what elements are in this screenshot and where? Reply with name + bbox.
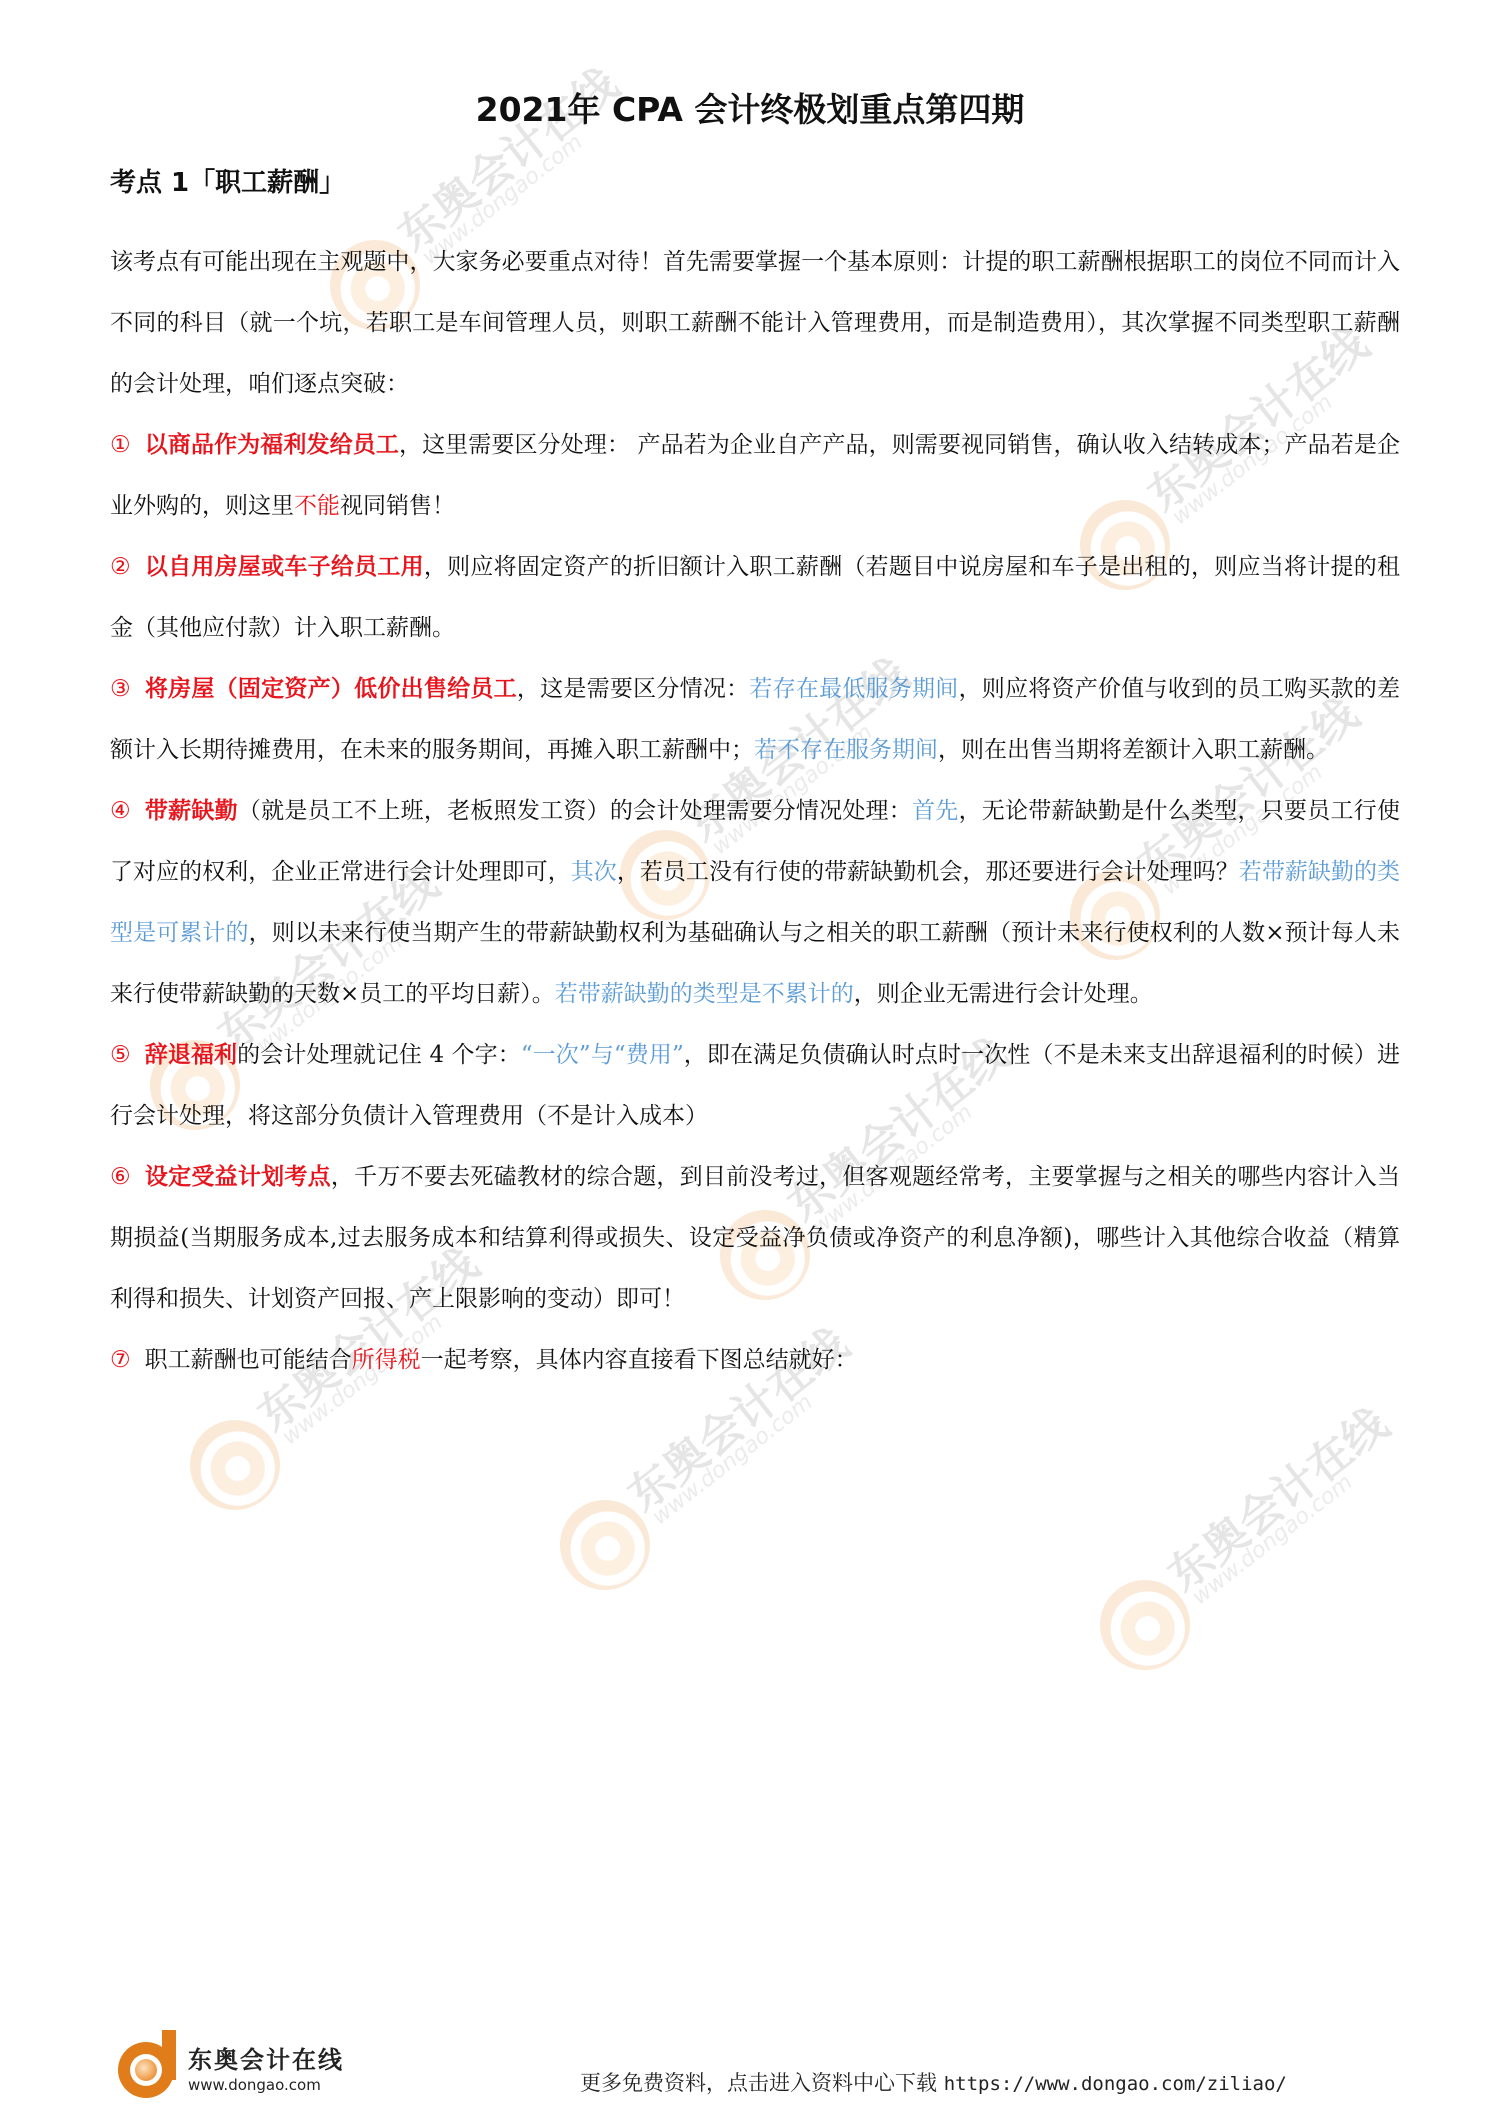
circled-number-1: ① bbox=[110, 432, 131, 458]
watermark: 东奥会计在线 www.dongao.com bbox=[1082, 1562, 1208, 1688]
watermark-logo-icon bbox=[1082, 1562, 1208, 1688]
circled-number-5: ⑤ bbox=[110, 1042, 131, 1068]
logo-url: www.dongao.com bbox=[188, 2076, 321, 2094]
dongao-logo-icon bbox=[118, 2030, 176, 2098]
point-1: ①以商品作为福利发给员工，这里需要区分处理： 产品若为企业自产产品，则需要视同销… bbox=[110, 415, 1400, 537]
point-heading: 设定受益计划考点 bbox=[145, 1164, 331, 1190]
section-title: 考点 1「职工薪酬」 bbox=[110, 162, 345, 199]
point-7: ⑦职工薪酬也可能结合所得税一起考察，具体内容直接看下图总结就好： bbox=[110, 1330, 1400, 1391]
point-heading: 将房屋（固定资产）低价出售给员工 bbox=[145, 676, 517, 702]
emphasis-text: 不能 bbox=[294, 493, 340, 519]
watermark-logo-icon bbox=[172, 1402, 298, 1528]
point-6: ⑥设定受益计划考点，千万不要去死磕教材的综合题，到目前没考过，但客观题经常考，主… bbox=[110, 1147, 1400, 1330]
circled-number-6: ⑥ bbox=[110, 1164, 131, 1190]
logo-name: 东奥会计在线 bbox=[188, 2040, 344, 2075]
document-page: 东奥会计在线 www.dongao.com 东奥会计在线 www.dongao.… bbox=[0, 0, 1500, 2121]
watermark: 东奥会计在线 www.dongao.com bbox=[172, 1402, 298, 1528]
circled-number-7: ⑦ bbox=[110, 1347, 131, 1373]
circled-number-3: ③ bbox=[110, 676, 131, 702]
highlight-text: 其次 bbox=[571, 859, 617, 885]
point-heading: 以自用房屋或车子给员工用 bbox=[145, 554, 424, 580]
watermark: 东奥会计在线 www.dongao.com bbox=[542, 1482, 668, 1608]
highlight-text: 若不存在服务期间 bbox=[754, 737, 938, 763]
point-3: ③将房屋（固定资产）低价出售给员工，这是需要区分情况：若存在最低服务期间，则应将… bbox=[110, 659, 1400, 781]
document-title: 2021年 CPA 会计终极划重点第四期 bbox=[0, 84, 1500, 131]
point-2: ②以自用房屋或车子给员工用，则应将固定资产的折旧额计入职工薪酬（若题目中说房屋和… bbox=[110, 537, 1400, 659]
intro-paragraph: 该考点有可能出现在主观题中，大家务必要重点对待！首先需要掌握一个基本原则：计提的… bbox=[110, 232, 1400, 415]
emphasis-text: 所得税 bbox=[352, 1347, 421, 1373]
circled-number-2: ② bbox=[110, 554, 131, 580]
point-4: ④带薪缺勤（就是员工不上班，老板照发工资）的会计处理需要分情况处理：首先，无论带… bbox=[110, 781, 1400, 1025]
highlight-text: “一次”与“费用” bbox=[521, 1042, 684, 1068]
promo-text: 更多免费资料，点击进入资料中心下载 bbox=[580, 2071, 944, 2095]
highlight-text: 若存在最低服务期间 bbox=[749, 676, 958, 702]
point-heading: 辞退福利 bbox=[145, 1042, 237, 1068]
circled-number-4: ④ bbox=[110, 798, 131, 824]
footer-promo: 更多免费资料，点击进入资料中心下载 https://www.dongao.com… bbox=[580, 2067, 1287, 2097]
highlight-text: 首先 bbox=[912, 798, 959, 824]
document-body: 该考点有可能出现在主观题中，大家务必要重点对待！首先需要掌握一个基本原则：计提的… bbox=[110, 232, 1400, 1391]
point-heading: 以商品作为福利发给员工 bbox=[145, 432, 399, 458]
highlight-text: 若带薪缺勤的类型是不累计的 bbox=[555, 981, 854, 1007]
watermark-logo-icon bbox=[542, 1482, 668, 1608]
point-heading: 带薪缺勤 bbox=[145, 798, 238, 824]
resource-center-link[interactable]: https://www.dongao.com/ziliao/ bbox=[944, 2073, 1287, 2095]
brand-logo[interactable]: 东奥会计在线 www.dongao.com bbox=[118, 2030, 378, 2100]
point-5: ⑤辞退福利的会计处理就记住 4 个字：“一次”与“费用”，即在满足负债确认时点时… bbox=[110, 1025, 1400, 1147]
